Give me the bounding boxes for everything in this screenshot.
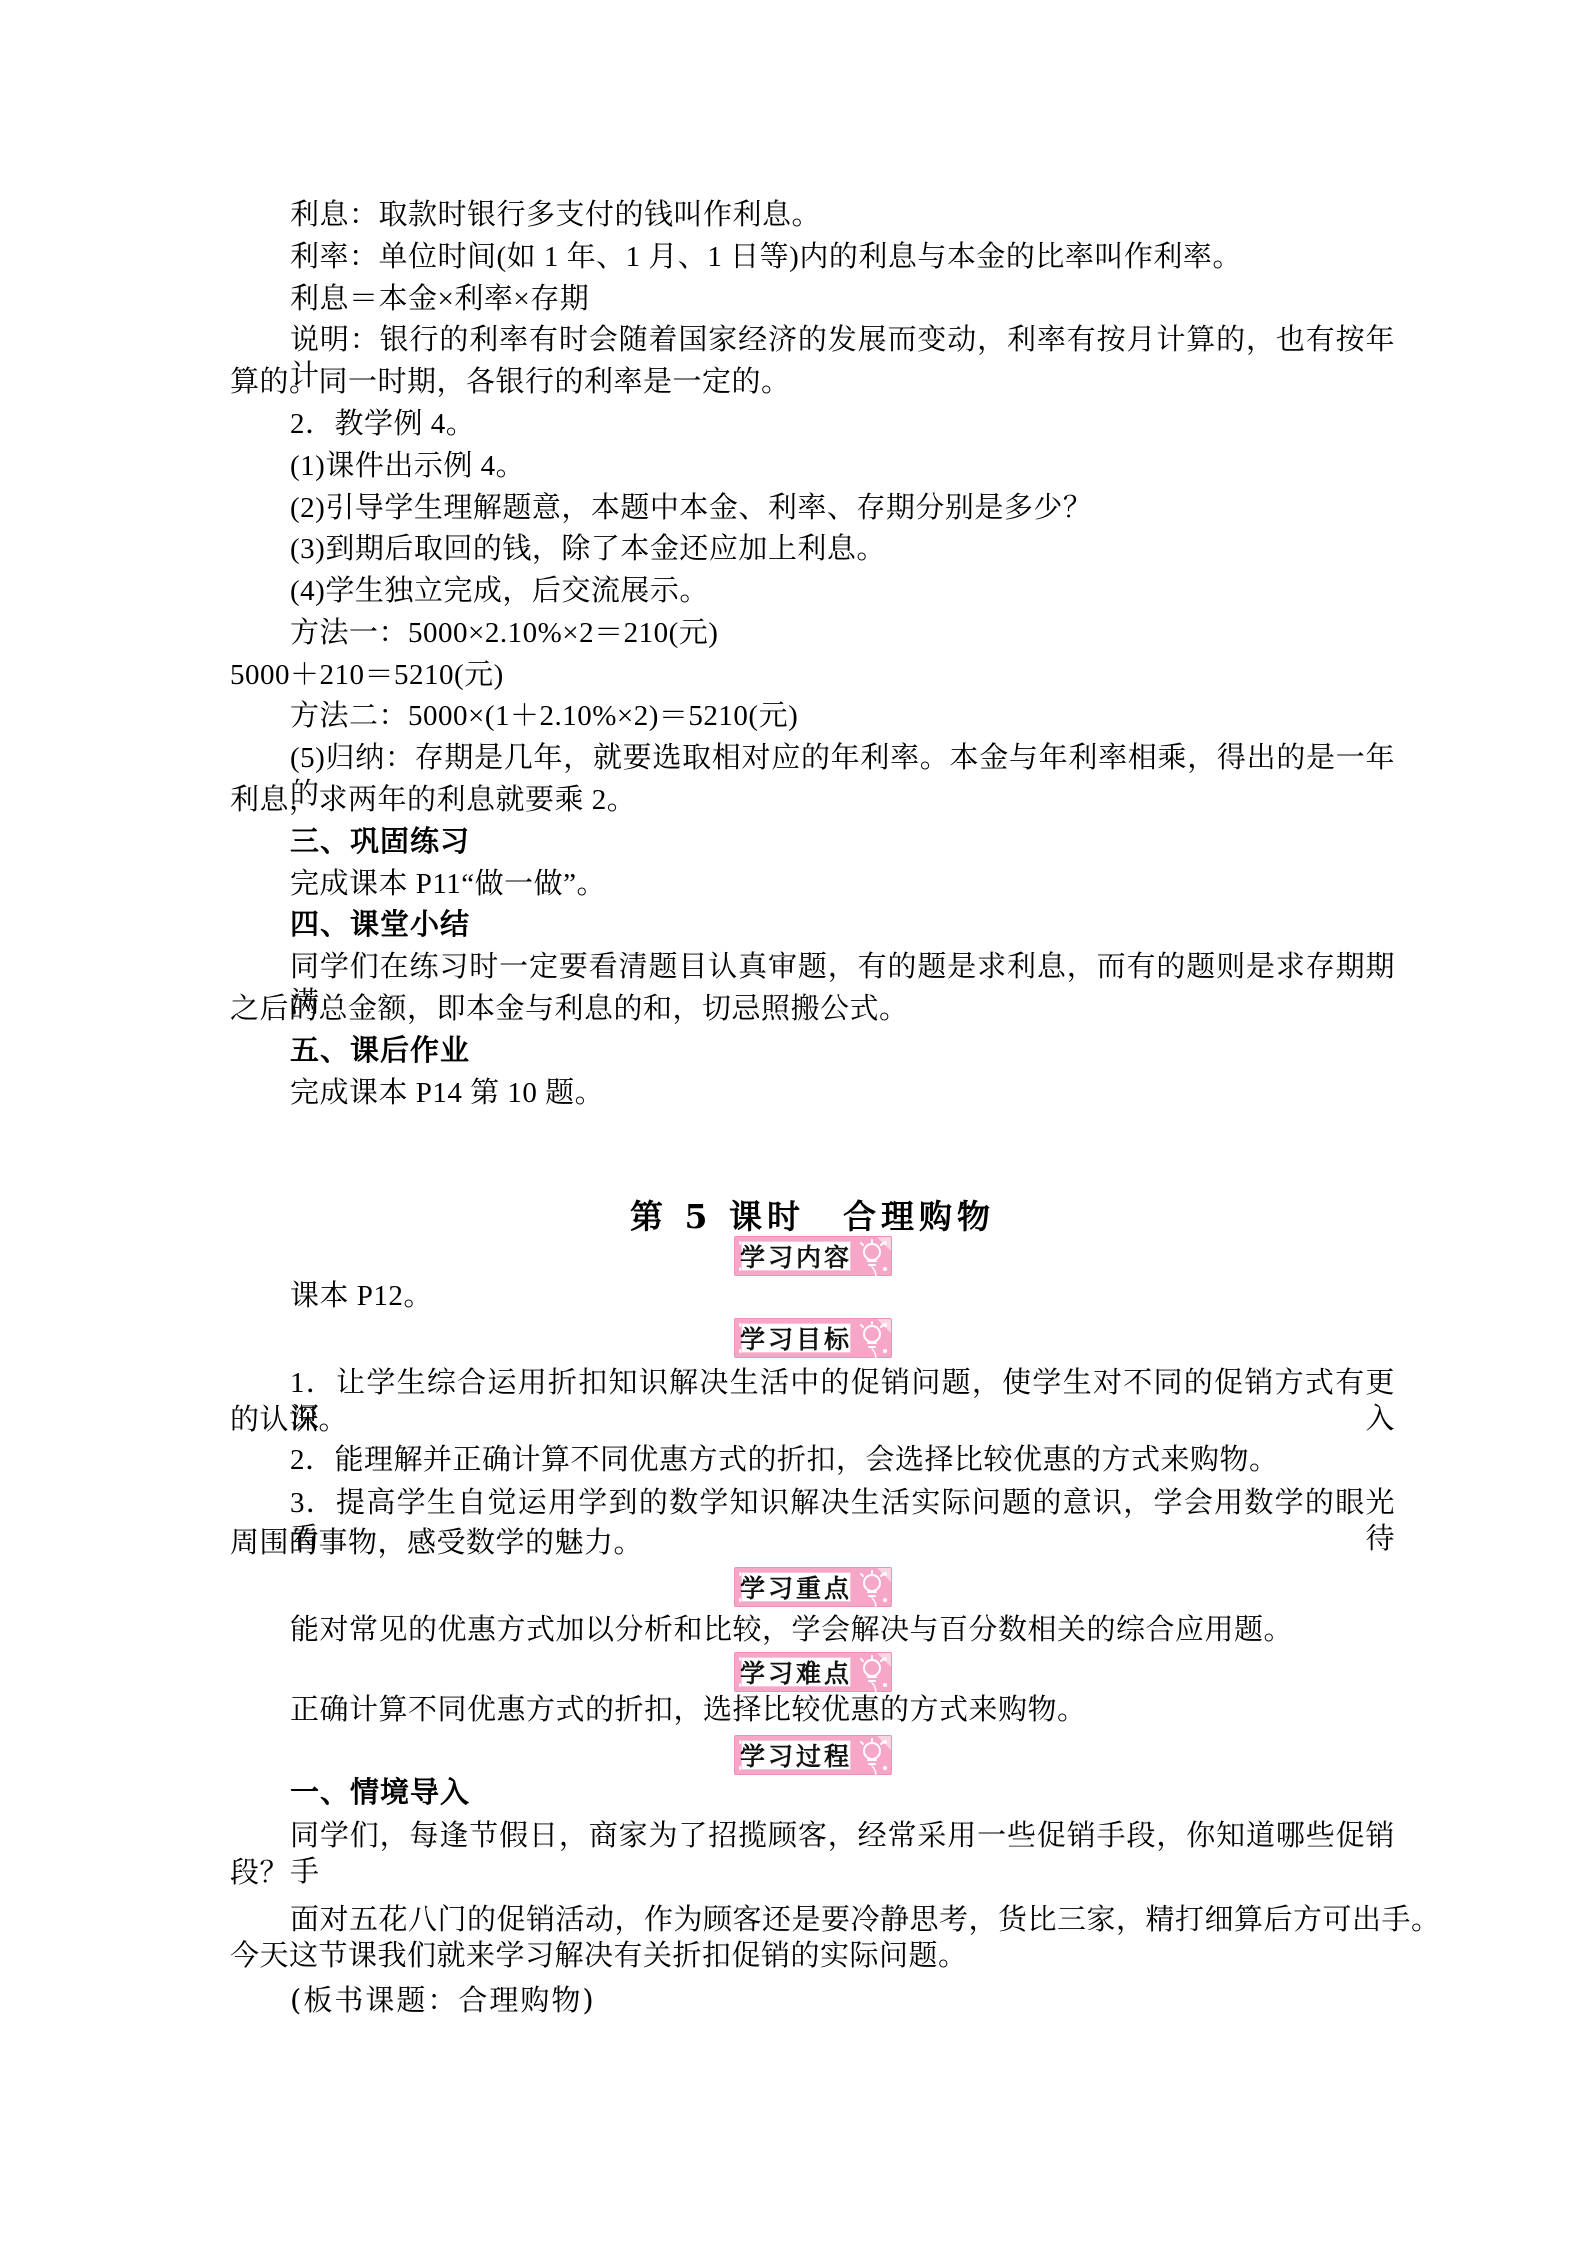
- text-line: 能对常见的优惠方式加以分析和比较，学会解决与百分数相关的综合应用题。: [230, 1612, 1395, 1648]
- text-line: 方法一：5000×2.10%×2＝210(元): [230, 615, 1395, 651]
- badge-inner-box: 学习难点: [741, 1657, 851, 1687]
- badge-inner-box: 学习重点: [741, 1572, 851, 1602]
- section-badge: 学习过程: [734, 1735, 892, 1775]
- text-line: 一、情境导入: [230, 1775, 1395, 1811]
- badge-label: 学习重点: [740, 1569, 852, 1605]
- badge-label: 学习内容: [740, 1238, 852, 1274]
- text-line: 课本 P12。: [230, 1278, 1395, 1314]
- text-line: 之后的总金额，即本金与利息的和，切忌照搬公式。: [230, 991, 1395, 1027]
- text-line: 四、课堂小结: [230, 907, 1395, 943]
- text-line: 完成课本 P14 第 10 题。: [230, 1075, 1395, 1111]
- text-line: (3)到期后取回的钱，除了本金还应加上利息。: [230, 531, 1395, 567]
- text-line: 的认识。: [230, 1402, 1395, 1438]
- text-line: 方法二：5000×(1＋2.10%×2)＝5210(元): [230, 698, 1395, 734]
- text-line: 完成课本 P11“做一做”。: [230, 866, 1395, 902]
- text-line: 正确计算不同优惠方式的折扣，选择比较优惠的方式来购物。: [230, 1692, 1395, 1728]
- text-line: 段？: [230, 1855, 1395, 1891]
- badge-label: 学习难点: [740, 1654, 852, 1690]
- badge-inner-box: 学习过程: [741, 1740, 851, 1770]
- text-line: 2．能理解并正确计算不同优惠方式的折扣，会选择比较优惠的方式来购物。: [230, 1442, 1395, 1478]
- text-line: 算的。同一时期，各银行的利率是一定的。: [230, 364, 1395, 400]
- document-page: 利息：取款时银行多支付的钱叫作利息。利率：单位时间(如 1 年、1 月、1 日等…: [0, 0, 1587, 2245]
- text-line: 5000＋210＝5210(元): [230, 657, 1395, 693]
- text-line: 三、巩固练习: [230, 824, 1395, 860]
- section-badge: 学习重点: [734, 1567, 892, 1607]
- badge-inner-box: 学习目标: [741, 1323, 851, 1353]
- badge-label: 学习目标: [740, 1320, 852, 1356]
- text-line: 利率：单位时间(如 1 年、1 月、1 日等)内的利息与本金的比率叫作利率。: [230, 239, 1395, 275]
- text-line: (4)学生独立完成，后交流展示。: [230, 573, 1395, 609]
- text-line: (板书课题：合理购物): [230, 1982, 1395, 2018]
- text-line: 五、课后作业: [230, 1033, 1395, 1069]
- text-line: 周围的事物，感受数学的魅力。: [230, 1525, 1395, 1561]
- text-line: (2)引导学生理解题意，本题中本金、利率、存期分别是多少？: [230, 490, 1395, 526]
- section-badge: 学习难点: [734, 1652, 892, 1692]
- badge-inner-box: 学习内容: [741, 1241, 851, 1271]
- badge-label: 学习过程: [740, 1737, 852, 1773]
- text-line: 利息＝本金×利率×存期: [230, 281, 1395, 317]
- section-badge: 学习目标: [734, 1318, 892, 1358]
- text-line: 利息，求两年的利息就要乘 2。: [230, 782, 1395, 818]
- text-line: 今天这节课我们就来学习解决有关折扣促销的实际问题。: [230, 1938, 1395, 1974]
- text-line: (1)课件出示例 4。: [230, 448, 1395, 484]
- text-line: 面对五花八门的促销活动，作为顾客还是要冷静思考，货比三家，精打细算后方可出手。: [230, 1902, 1395, 1938]
- lesson-title: 第 5 课时 合理购物: [230, 1191, 1395, 1238]
- text-line: 2．教学例 4。: [230, 406, 1395, 442]
- text-line: 利息：取款时银行多支付的钱叫作利息。: [230, 197, 1395, 233]
- section-badge: 学习内容: [734, 1236, 892, 1276]
